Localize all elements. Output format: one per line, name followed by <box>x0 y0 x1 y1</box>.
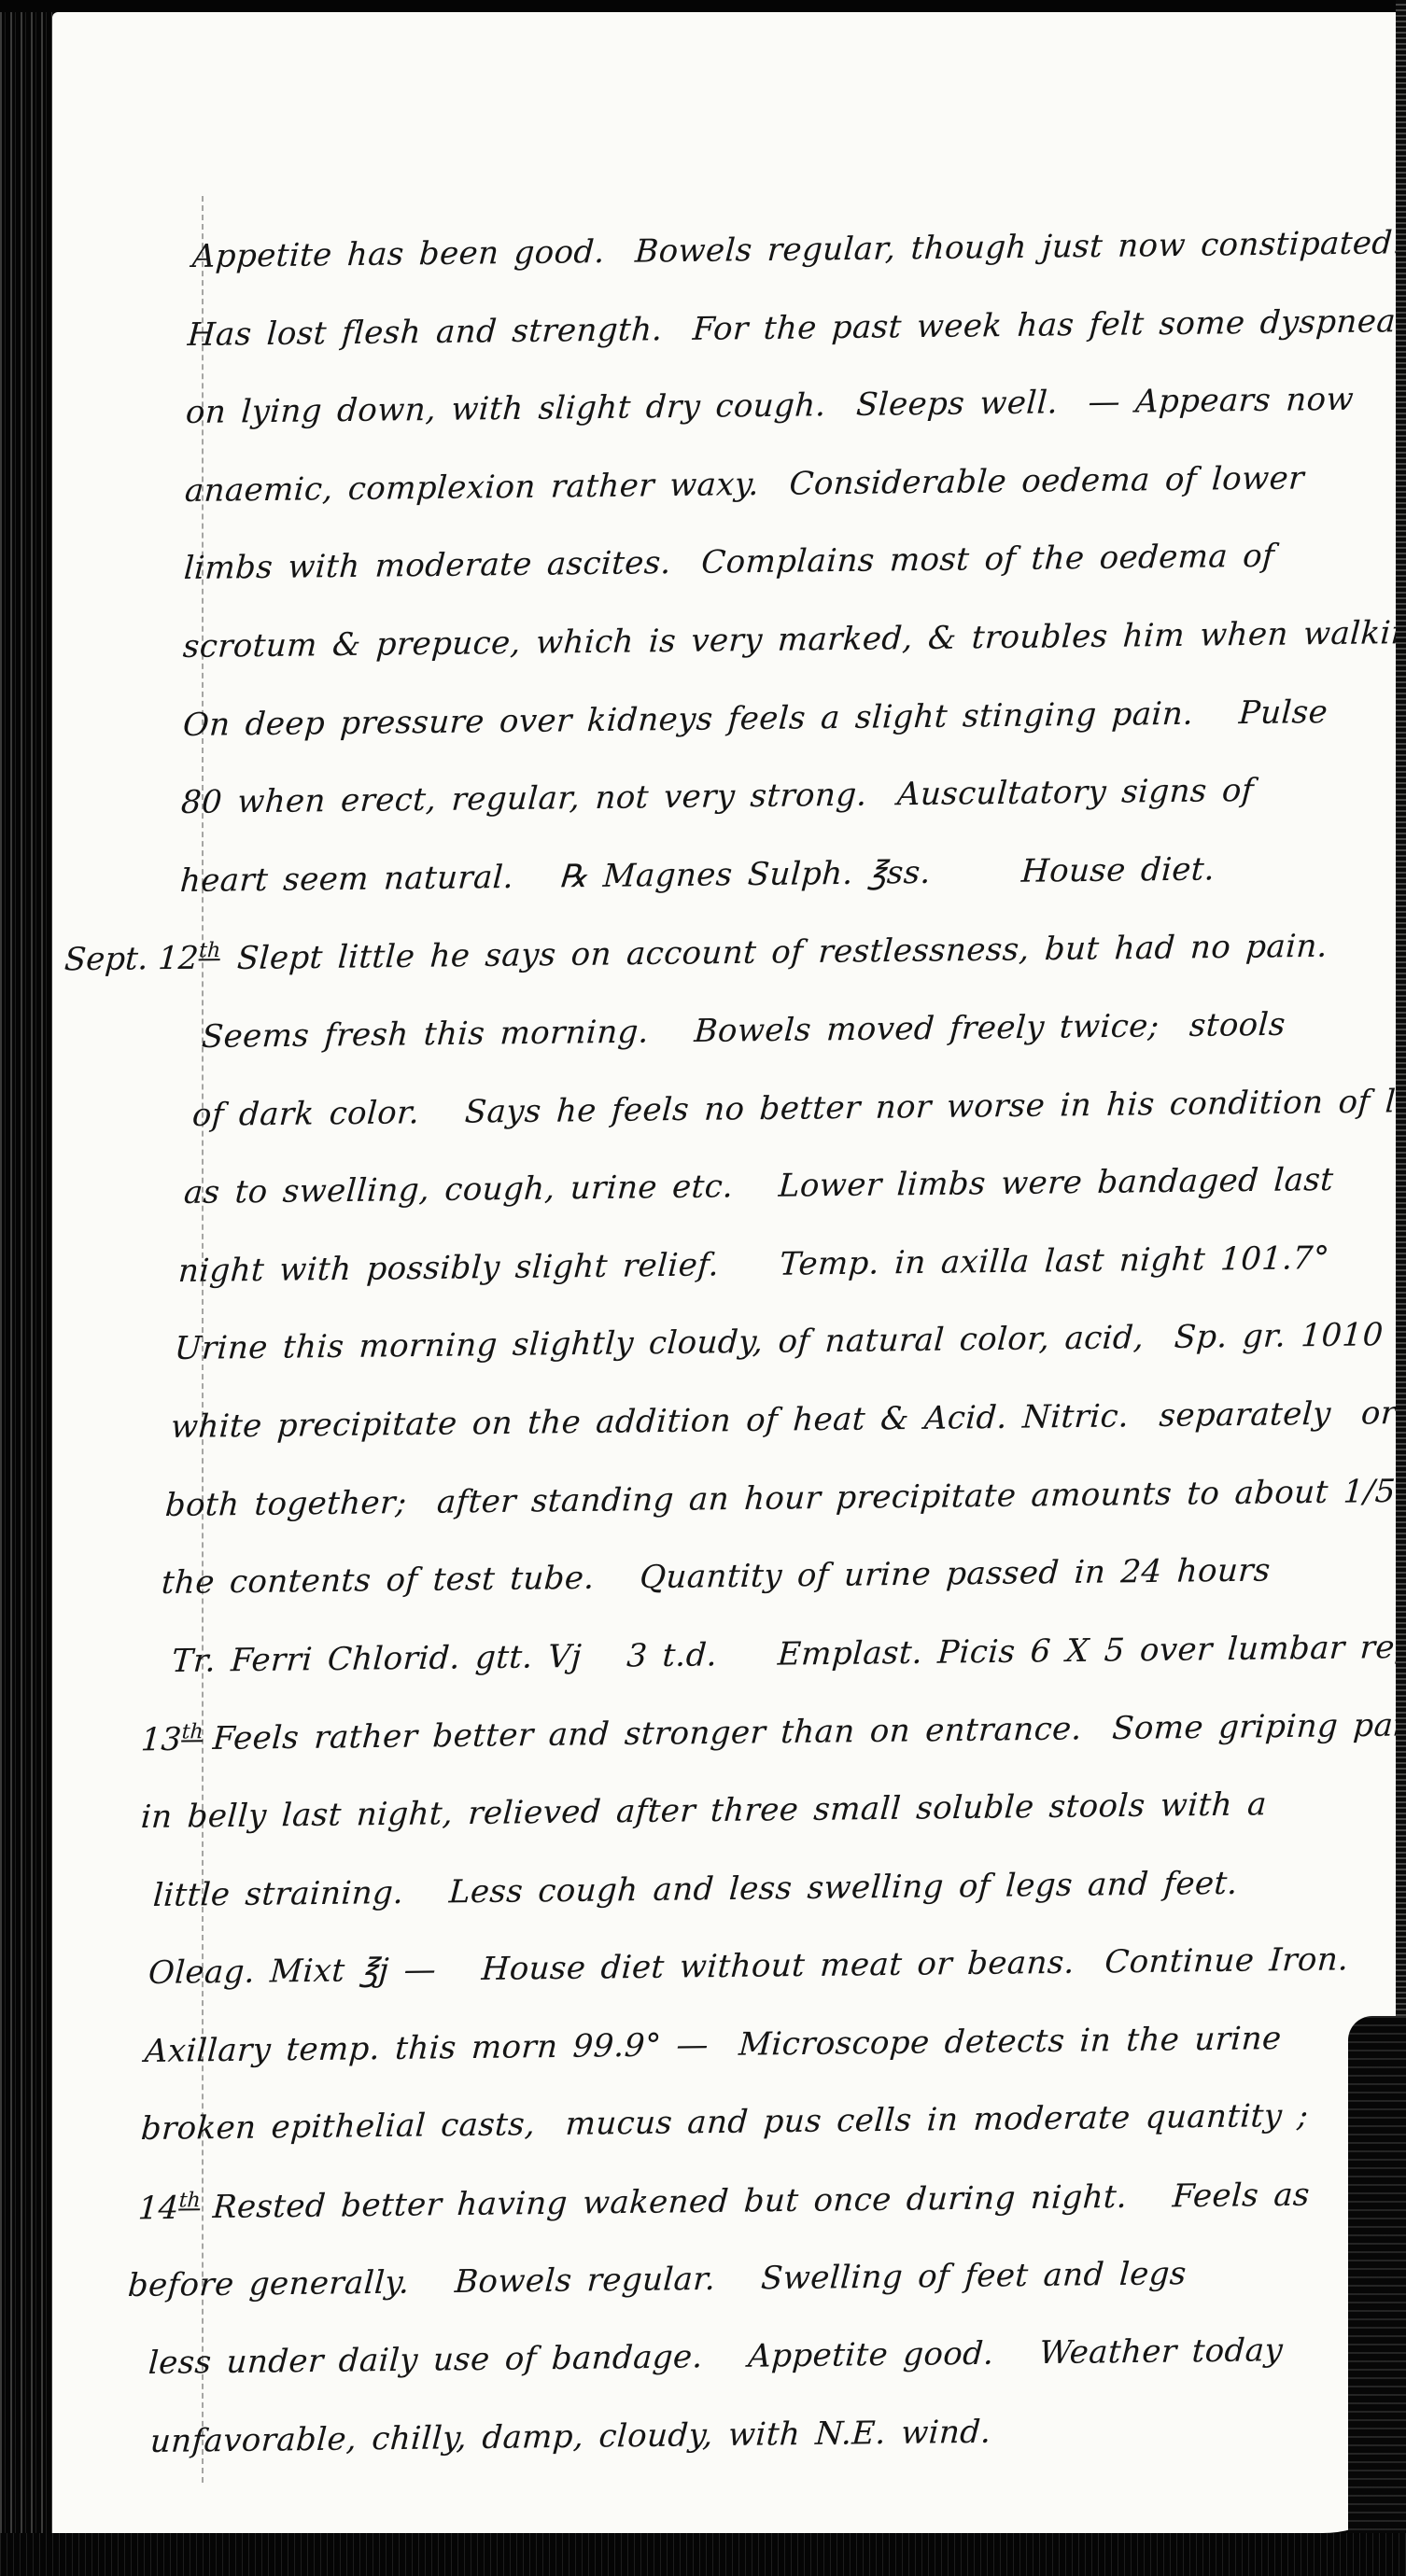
scan-page: Appetite has been good. Bowels regular, … <box>0 0 1406 2576</box>
manuscript-line: Has lost flesh and strength. For the pas… <box>187 305 1397 351</box>
manuscript-line: on lying down, with slight dry cough. Sl… <box>185 384 1355 428</box>
manuscript-line: as to swelling, cough, urine etc. Lower … <box>183 1164 1334 1209</box>
top-edge <box>0 0 1406 12</box>
manuscript-line: in belly last night, relieved after thre… <box>140 1788 1268 1833</box>
manuscript-line: Rested better having wakened but once du… <box>212 2179 1311 2223</box>
manuscript-line: Tr. Ferri Chlorid. gtt. Vj 3 t.d. Emplas… <box>171 1631 1406 1677</box>
margin-date: Sept. 12th <box>63 941 221 975</box>
manuscript: Appetite has been good. Bowels regular, … <box>0 0 1406 2576</box>
manuscript-line: of dark color. Says he feels no better n… <box>191 1085 1406 1131</box>
manuscript-line: anaemic, complexion rather waxy. Conside… <box>184 462 1305 507</box>
date-superscript: th <box>178 2189 201 2212</box>
manuscript-line: limbs with moderate ascites. Complains m… <box>183 540 1275 584</box>
manuscript-line: Appetite has been good. Bowels regular, … <box>191 227 1404 273</box>
manuscript-line: Axillary temp. this morn 99.9° — Microsc… <box>144 2023 1283 2067</box>
margin-date: 13th <box>140 1722 204 1756</box>
manuscript-line: before generally. Bowels regular. Swelli… <box>127 2258 1188 2302</box>
manuscript-line: both together; after standing an hour pr… <box>164 1476 1397 1521</box>
bottom-edge <box>0 2533 1406 2576</box>
manuscript-line: Oleag. Mixt ℥j — House diet without meat… <box>148 1943 1349 1989</box>
margin-date-text: Sept. 12 <box>63 940 200 979</box>
manuscript-line: broken epithelial casts, mucus and pus c… <box>140 2100 1309 2145</box>
manuscript-line: the contents of test tube. Quantity of u… <box>161 1554 1272 1599</box>
manuscript-line: unfavorable, chilly, damp, cloudy, with … <box>149 2416 992 2457</box>
manuscript-line: little straining. Less cough and less sw… <box>152 1868 1239 1911</box>
manuscript-line: heart seem natural. ℞ Magnes Sulph. ℥ss.… <box>179 853 1216 897</box>
date-superscript: th <box>181 1720 204 1743</box>
binding-edge <box>0 0 52 2576</box>
corner-shadow <box>1348 2016 1406 2539</box>
manuscript-line: Seems fresh this morning. Bowels moved f… <box>201 1009 1286 1053</box>
margin-date-text: 13 <box>140 1721 183 1759</box>
manuscript-line: On deep pressure over kidneys feels a sl… <box>182 696 1329 741</box>
manuscript-line: scrotum & prepuce, which is very marked,… <box>182 617 1406 663</box>
manuscript-line: 80 when erect, regular, not very strong.… <box>180 775 1255 819</box>
manuscript-line: less under daily use of bandage. Appetit… <box>148 2334 1284 2379</box>
manuscript-line: Slept little he says on account of restl… <box>236 931 1329 974</box>
margin-date: 14th <box>137 2191 201 2224</box>
manuscript-line: Urine this morning slightly cloudy, of n… <box>174 1319 1385 1365</box>
manuscript-line: night with possibly slight relief. Temp.… <box>177 1242 1330 1287</box>
margin-date-text: 14 <box>137 2190 180 2228</box>
manuscript-line: Feels rather better and stronger than on… <box>212 1709 1406 1755</box>
date-superscript: th <box>198 939 220 962</box>
manuscript-line: white precipitate on the addition of hea… <box>170 1397 1398 1443</box>
